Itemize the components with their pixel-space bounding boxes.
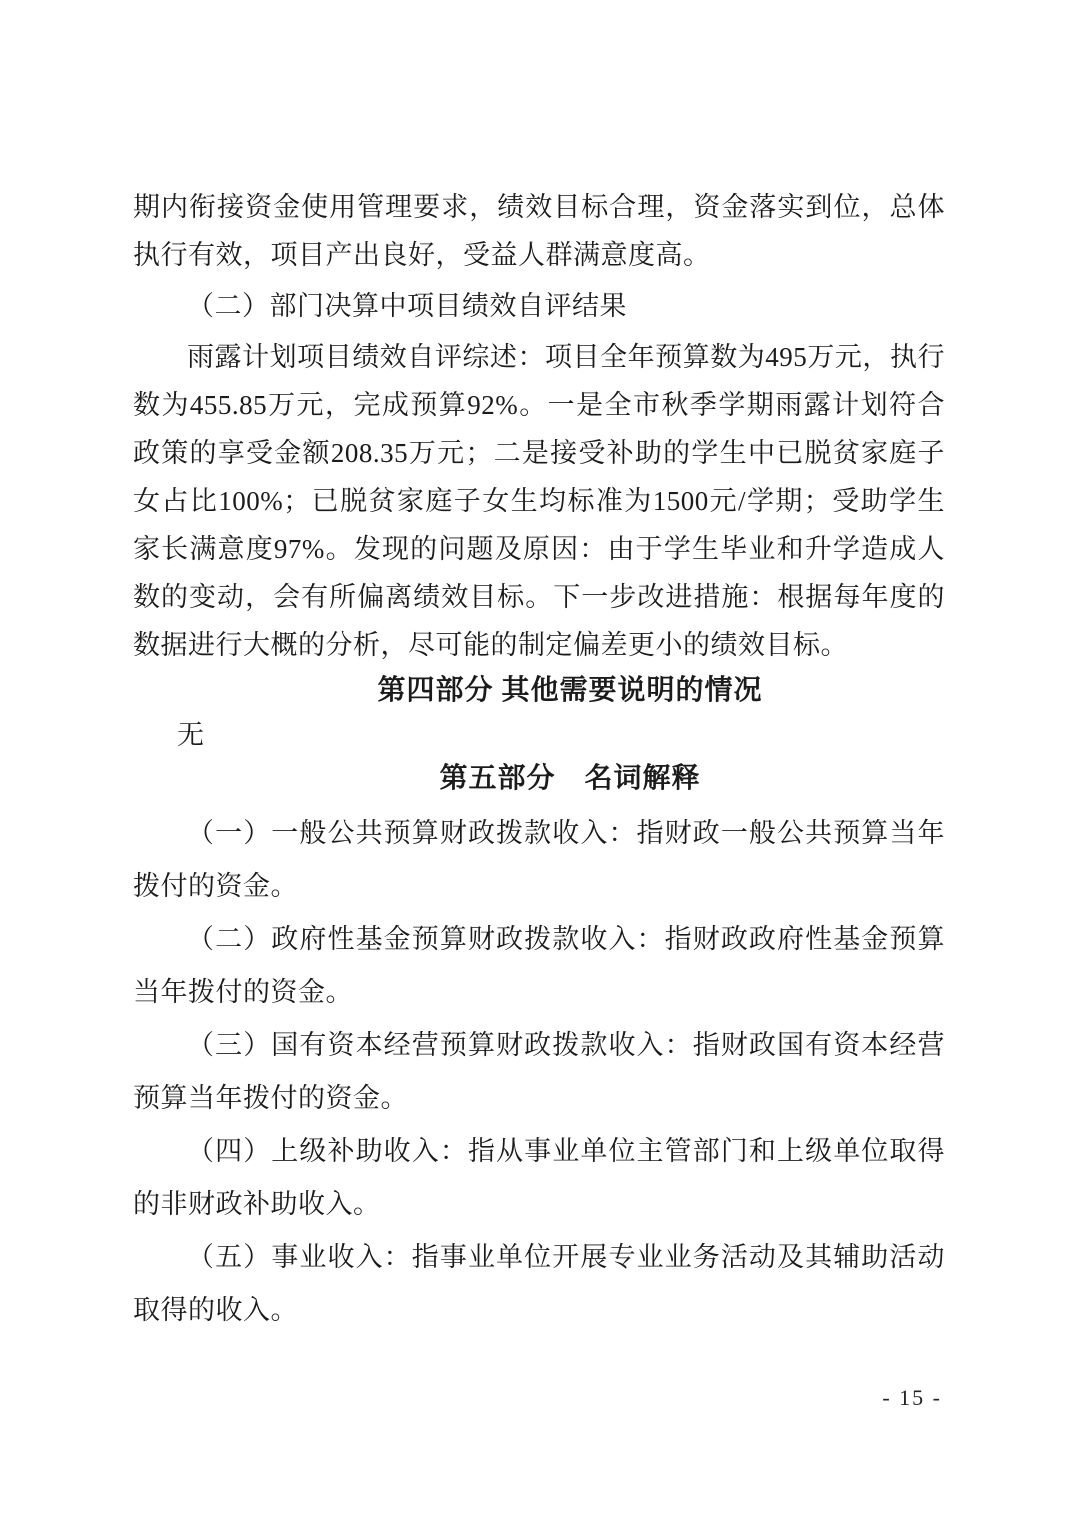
definition-item-business-income: （五）事业收入：指事业单位开展专业业务活动及其辅助活动取得的收入。	[133, 1231, 945, 1337]
part5-heading: 第五部分 名词解释	[133, 757, 945, 801]
subsection-heading-project-self-evaluation: （二）部门决算中项目绩效自评结果	[133, 282, 945, 330]
document-page: 期内衔接资金使用管理要求，绩效目标合理，资金落实到位，总体执行有效，项目产出良好…	[0, 0, 1074, 1520]
definitions-list: （一）一般公共预算财政拨款收入：指财政一般公共预算当年拨付的资金。 （二）政府性…	[133, 807, 945, 1337]
page-number: - 15 -	[882, 1385, 942, 1411]
paragraph-continuation: 期内衔接资金使用管理要求，绩效目标合理，资金落实到位，总体执行有效，项目产出良好…	[133, 183, 945, 279]
definition-item-government-fund-budget: （二）政府性基金预算财政拨款收入：指财政政府性基金预算当年拨付的资金。	[133, 913, 945, 1019]
document-body: 期内衔接资金使用管理要求，绩效目标合理，资金落实到位，总体执行有效，项目产出良好…	[133, 183, 945, 1337]
part4-body-none: 无	[133, 713, 945, 757]
paragraph-self-evaluation-summary: 雨露计划项目绩效自评综述：项目全年预算数为495万元，执行数为455.85万元，…	[133, 333, 945, 669]
definition-item-general-public-budget: （一）一般公共预算财政拨款收入：指财政一般公共预算当年拨付的资金。	[133, 807, 945, 913]
part4-heading: 第四部分 其他需要说明的情况	[133, 669, 945, 713]
definition-item-state-capital-budget: （三）国有资本经营预算财政拨款收入：指财政国有资本经营预算当年拨付的资金。	[133, 1019, 945, 1125]
definition-item-superior-subsidy-income: （四）上级补助收入：指从事业单位主管部门和上级单位取得的非财政补助收入。	[133, 1125, 945, 1231]
